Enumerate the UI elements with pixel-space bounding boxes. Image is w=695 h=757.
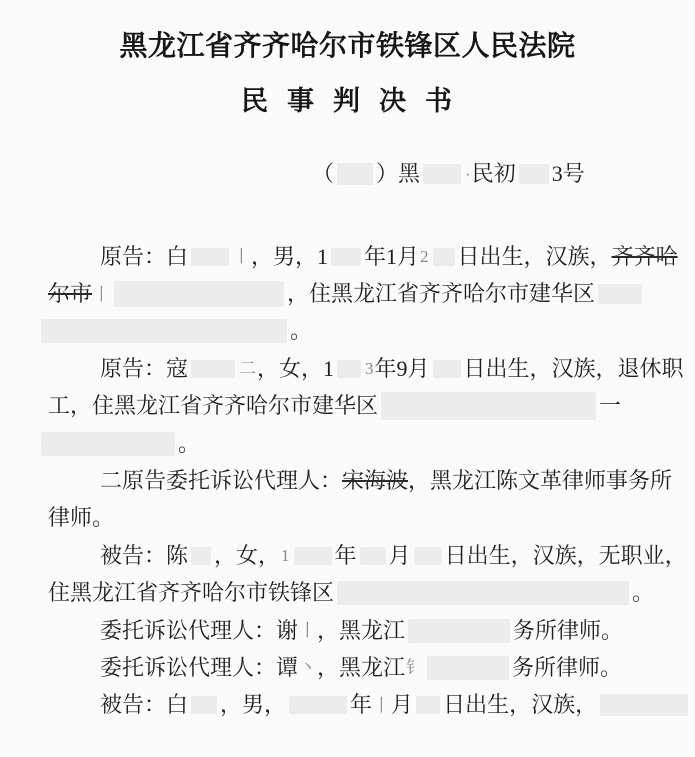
faint-glyph-remnant: 3 xyxy=(365,360,374,377)
faint-glyph-remnant: 丶 xyxy=(299,659,316,676)
text-segment: 年9月 xyxy=(375,358,430,380)
faint-glyph-remnant: 二 xyxy=(239,360,256,377)
struck-text-segment: 宋海波 xyxy=(342,470,408,492)
text-segment: 年 xyxy=(350,694,372,716)
faint-glyph-remnant: · xyxy=(465,166,471,183)
redaction-box xyxy=(289,696,347,714)
text-segment: 委托诉讼代理人：谢 xyxy=(100,620,298,642)
text-segment: 月 xyxy=(389,545,411,567)
redaction-box xyxy=(433,360,461,378)
redaction-box xyxy=(41,432,175,456)
faint-glyph-remnant: 丨 xyxy=(299,622,316,639)
text-segment: 务所律师。 xyxy=(512,657,622,679)
body-line-plaintiff1-line1: 原告：白丨，男，1年1月2日出生，汉族，齐齐哈 xyxy=(100,238,688,275)
body-line-defendant1-line1: 被告：陈，女，1年月日出生，汉族，无职业， xyxy=(100,537,688,574)
court-name: 黑龙江省齐齐哈尔市铁锋区人民法院 xyxy=(0,24,695,64)
redaction-box xyxy=(191,547,211,565)
redaction-box xyxy=(191,696,217,714)
redaction-box xyxy=(114,281,284,307)
text-segment: ，男，1 xyxy=(251,246,328,268)
document-title: 民事判决书 xyxy=(0,79,695,118)
redaction-box xyxy=(519,164,549,184)
text-segment: ，黑龙江陈文革律师事务所 xyxy=(408,470,672,492)
text-segment: 住黑龙江省齐齐哈尔市铁锋区 xyxy=(48,582,334,604)
struck-text-segment: 齐齐哈 xyxy=(612,246,678,268)
body-line-plaintiff1-line2: 尔市丨，住黑龙江省齐齐哈尔市建华区 xyxy=(48,275,688,312)
redaction-box xyxy=(337,163,373,185)
faint-glyph-remnant: 丨 xyxy=(233,248,250,265)
redaction-box xyxy=(191,360,235,378)
text-segment: 一 xyxy=(599,395,621,417)
redaction-box xyxy=(294,547,332,565)
text-segment: 律师。 xyxy=(48,507,114,529)
text-segment: 年 xyxy=(335,545,357,567)
text-segment: ，女，1 xyxy=(257,358,334,380)
redaction-box xyxy=(416,696,440,714)
redaction-box xyxy=(408,619,510,643)
struck-text-segment: 尔市 xyxy=(48,283,92,305)
body-line-plaintiffs-agent-line2: 律师。 xyxy=(48,500,688,537)
body-line-plaintiff2-line3: 。 xyxy=(38,425,688,462)
redaction-box xyxy=(337,581,629,605)
body-line-plaintiff2-line2: 工，住黑龙江省齐齐哈尔市建华区一 xyxy=(48,388,688,425)
faint-glyph-remnant: 丨 xyxy=(373,697,390,714)
text-segment: 日出生，汉族，退休职 xyxy=(464,358,684,380)
redaction-box xyxy=(423,164,461,184)
faint-glyph-remnant: 丨 xyxy=(93,286,110,303)
text-segment: 日出生，汉族， xyxy=(443,694,597,716)
redaction-box xyxy=(381,392,596,420)
redaction-box xyxy=(360,547,386,565)
redaction-box xyxy=(191,248,229,266)
text-segment: 民初 xyxy=(472,163,516,185)
text-segment: 被告：陈 xyxy=(100,545,188,567)
body-line-plaintiffs-agent-line1: 二原告委托诉讼代理人：宋海波，黑龙江陈文革律师事务所 xyxy=(100,462,688,499)
document-body: 原告：白丨，男，1年1月2日出生，汉族，齐齐哈尔市丨，住黑龙江省齐齐哈尔市建华区… xyxy=(48,238,688,724)
redaction-box xyxy=(427,656,509,680)
body-line-defendant1-line2: 住黑龙江省齐齐哈尔市铁锋区。 xyxy=(48,575,688,612)
text-segment: ，黑龙江 xyxy=(317,620,405,642)
text-segment: 。 xyxy=(632,582,654,604)
text-segment: 委托诉讼代理人：谭 xyxy=(100,657,298,679)
body-line-plaintiff2-line1: 原告：寇二，女，13年9月日出生，汉族，退休职 xyxy=(100,350,688,387)
text-segment: ）黑 xyxy=(376,163,420,185)
text-segment: 。 xyxy=(178,433,200,455)
text-segment: 。 xyxy=(290,320,312,342)
body-line-defendant2-line1: 被告：白，男，年丨月日出生，汉族， xyxy=(100,687,688,724)
text-segment: 原告：白 xyxy=(100,246,188,268)
text-segment: 务所律师。 xyxy=(513,620,623,642)
text-segment: 工，住黑龙江省齐齐哈尔市建华区 xyxy=(48,395,378,417)
text-segment: ，女， xyxy=(214,545,280,567)
text-segment: 原告：寇 xyxy=(100,358,188,380)
text-segment: ，黑龙江 xyxy=(317,657,405,679)
faint-glyph-remnant: 2 xyxy=(420,248,429,265)
text-segment: ，男， xyxy=(220,694,286,716)
text-segment: 二原告委托诉讼代理人： xyxy=(100,470,342,492)
redaction-box xyxy=(598,284,642,304)
case-number: （）黑·民初3号 xyxy=(312,163,585,185)
redaction-box xyxy=(41,319,287,343)
text-segment: 被告：白 xyxy=(100,694,188,716)
faint-glyph-remnant: 1 xyxy=(281,547,290,564)
redaction-box xyxy=(337,360,361,378)
text-segment: 日出生，汉族， xyxy=(458,246,612,268)
redaction-box xyxy=(414,547,442,565)
body-line-defendant1-agent-xie: 委托诉讼代理人：谢丨，黑龙江务所律师。 xyxy=(100,612,688,649)
body-line-defendant1-agent-tan: 委托诉讼代理人：谭丶，黑龙江钅务所律师。 xyxy=(100,649,688,686)
body-line-plaintiff1-line3: 。 xyxy=(38,313,688,350)
text-segment: （ xyxy=(312,163,334,185)
text-segment: 月 xyxy=(391,694,413,716)
text-segment: ，住黑龙江省齐齐哈尔市建华区 xyxy=(287,283,595,305)
text-segment: 3号 xyxy=(552,163,585,185)
faint-glyph-remnant: 钅 xyxy=(406,659,423,676)
text-segment: 年1月 xyxy=(364,246,419,268)
judgment-document: 黑龙江省齐齐哈尔市铁锋区人民法院 民事判决书 （）黑·民初3号 原告：白丨，男，… xyxy=(0,0,695,757)
redaction-box xyxy=(433,248,455,266)
redaction-box xyxy=(600,694,688,716)
text-segment: 日出生，汉族，无职业， xyxy=(445,545,687,567)
redaction-box xyxy=(331,248,361,266)
